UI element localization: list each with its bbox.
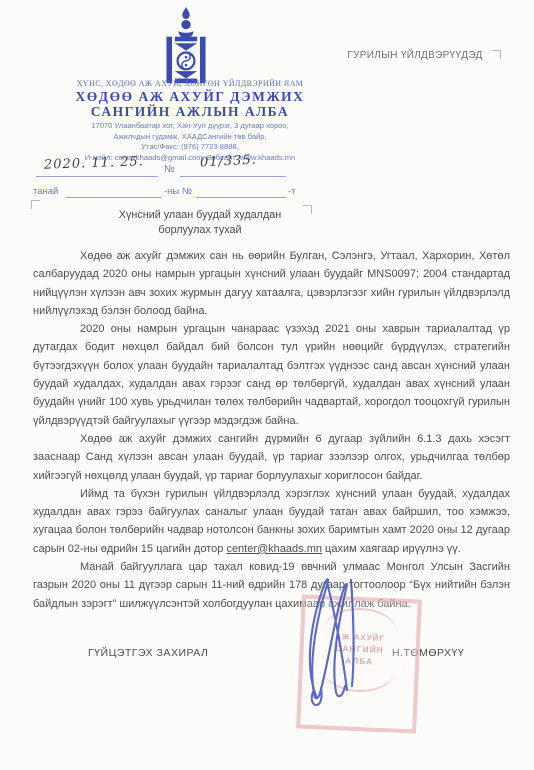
paragraph-3: Хөдөө аж ахуйг дэмжих сангийн дүрмийн 6 … [33,430,510,485]
number-sign: № [164,164,175,175]
paragraph-4: Иймд та бүхэн гурилын үйлдвэрлэлд хэрэгл… [33,485,510,558]
subject-line1: Хүнсний улаан буудай худалдан [95,208,305,223]
form-blank-line [196,197,286,198]
email-address: center@khaads.mn [226,543,322,555]
fold-mark [492,50,501,59]
form-label-recipient: танай [33,186,58,197]
scanned-letter-page: ГУРИЛЫН ҮЙЛДВЭРҮҮДЭД ХҮНС, ХӨДӨӨ АЖ АХУЙ… [0,0,534,770]
form-label-ref: -ны № [164,186,192,197]
fold-mark [31,200,40,209]
signature-ink-icon [283,566,378,718]
soyombo-logo-icon [158,6,214,86]
form-blank-line [66,197,161,198]
letter-subject: Хүнсний улаан буудай худалдан борлуулах … [95,208,305,238]
organization-name-line1: ХӨДӨӨ АЖ АХУЙГ ДЭМЖИХ [10,89,370,105]
paragraph-2: 2020 оны намрын ургацын чанараас үзэхэд … [33,320,510,430]
organization-name-line2: САНГИЙН АЖЛЫН АЛБА [10,104,370,120]
subject-line2: борлуулах тухай [95,223,305,238]
paragraph-5: Манай байгууллага цар тахал ковид-19 өвч… [33,558,510,613]
paragraph-4-tail: цахим хаягаар ирүүлнэ үү. [322,543,461,555]
signer-title: ГҮЙЦЭТГЭХ ЗАХИРАЛ [88,647,208,659]
letter-body: Хөдөө аж ахуйг дэмжих сан нь өөрийн Булг… [33,247,510,613]
ref-number-underline [180,176,286,177]
paragraph-1: Хөдөө аж ахуйг дэмжих сан нь өөрийн Булг… [33,247,510,320]
date-underline [36,176,158,177]
address-line: Утас/Факс: (976) 7723 8888, [10,142,370,153]
handwritten-date: 2020. 11. 25. [44,154,144,172]
form-label-suffix: -т [288,186,296,197]
recipient-header: ГУРИЛЫН ҮЙЛДВЭРҮҮДЭД [330,50,500,61]
address-line: Ажилчдын гудамж, ХААДСангийн төв байр, [10,132,370,143]
handwritten-ref-number: 01/335. [200,153,258,171]
ministry-name: ХҮНС, ХӨДӨӨ АЖ АХУЙ, ХӨНГӨН ҮЙЛДВЭРИЙН Я… [10,79,370,88]
address-line: 17070 Улаанбаатар хот, Хан-Уул дүүрэг, 3… [10,121,370,132]
